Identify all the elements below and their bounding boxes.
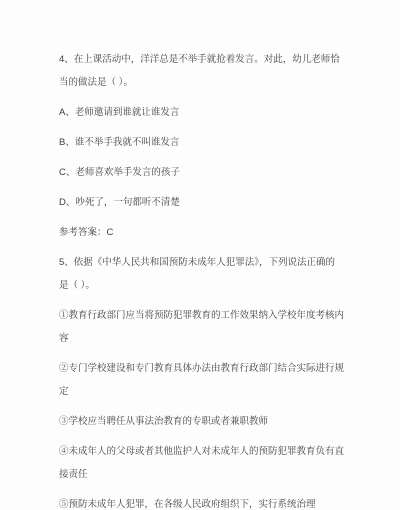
question-4-line-1: 4、在上课活动中，洋洋总是不举手就抢着发言。对此，幼儿老师恰 xyxy=(59,48,345,71)
document-page: 4、在上课活动中，洋洋总是不举手就抢着发言。对此，幼儿老师恰 当的做法是（ ）。… xyxy=(0,0,400,510)
statement-4-line-1: ④未成年人的父母或者其他监护人对未成年人的预防犯罪教育负有直 xyxy=(59,440,345,463)
option-a-text: A、老师邀请到谁就让谁发言 xyxy=(59,101,345,124)
statement-2-line-2: 定 xyxy=(59,380,345,403)
question-4: 4、在上课活动中，洋洋总是不举手就抢着发言。对此，幼儿老师恰 当的做法是（ ）。 xyxy=(59,48,345,94)
statement-3-text: ③学校应当聘任从事法治教育的专职或者兼职教师 xyxy=(59,410,345,433)
question-5: 5、依据《中华人民共和国预防未成年人犯罪法》，下列说法正确的 是（ ）。 xyxy=(59,251,345,297)
statement-5: ⑤预防未成年人犯罪，在各级人民政府组织下，实行系统治理 xyxy=(59,493,345,510)
option-d: D、吵死了，一句都听不清楚 xyxy=(59,191,345,214)
option-c: C、老师喜欢举手发言的孩子 xyxy=(59,161,345,184)
question-4-line-2: 当的做法是（ ）。 xyxy=(59,71,345,94)
statement-1: ①教育行政部门应当将预防犯罪教育的工作效果纳入学校年度考核内 容 xyxy=(59,304,345,350)
statement-1-line-1: ①教育行政部门应当将预防犯罪教育的工作效果纳入学校年度考核内 xyxy=(59,304,345,327)
option-b: B、谁不举手我就不叫谁发言 xyxy=(59,131,345,154)
option-a: A、老师邀请到谁就让谁发言 xyxy=(59,101,345,124)
reference-answer-text: 参考答案：C xyxy=(59,221,345,244)
statement-3: ③学校应当聘任从事法治教育的专职或者兼职教师 xyxy=(59,410,345,433)
statement-2: ②专门学校建设和专门教育具体办法由教育行政部门结合实际进行规 定 xyxy=(59,357,345,403)
question-5-line-1: 5、依据《中华人民共和国预防未成年人犯罪法》，下列说法正确的 xyxy=(59,251,345,274)
option-c-text: C、老师喜欢举手发言的孩子 xyxy=(59,161,345,184)
statement-1-line-2: 容 xyxy=(59,327,345,350)
question-5-line-2: 是（ ）。 xyxy=(59,274,345,297)
statement-5-text: ⑤预防未成年人犯罪，在各级人民政府组织下，实行系统治理 xyxy=(59,493,345,510)
option-b-text: B、谁不举手我就不叫谁发言 xyxy=(59,131,345,154)
statement-4: ④未成年人的父母或者其他监护人对未成年人的预防犯罪教育负有直 接责任 xyxy=(59,440,345,486)
option-d-text: D、吵死了，一句都听不清楚 xyxy=(59,191,345,214)
reference-answer: 参考答案：C xyxy=(59,221,345,244)
statement-4-line-2: 接责任 xyxy=(59,463,345,486)
statement-2-line-1: ②专门学校建设和专门教育具体办法由教育行政部门结合实际进行规 xyxy=(59,357,345,380)
